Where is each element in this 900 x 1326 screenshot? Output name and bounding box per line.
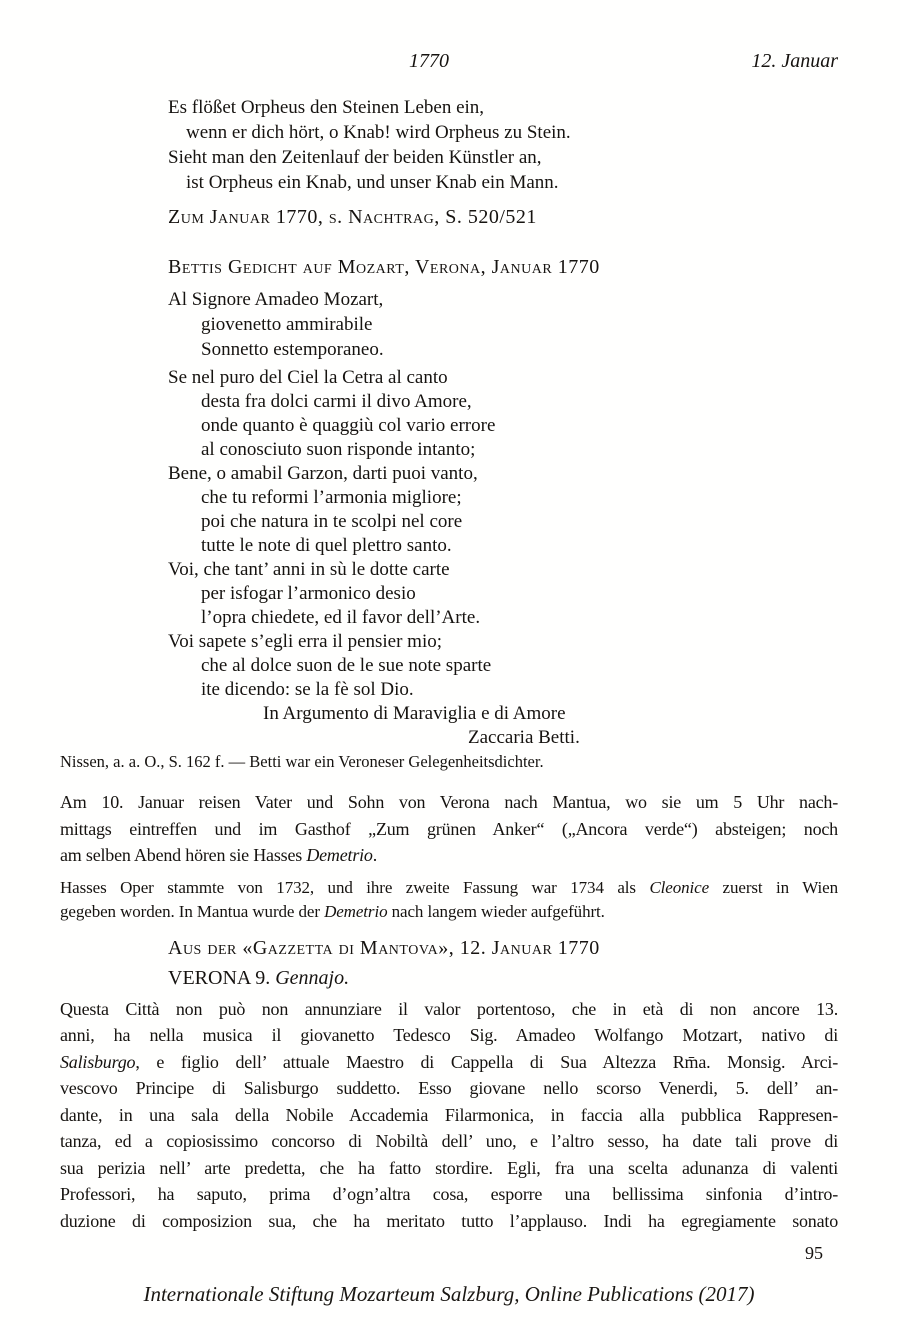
text-line: am selben Abend hören sie Hasses Demetri… xyxy=(60,842,838,869)
running-header: 1770 12. Januar xyxy=(60,48,838,74)
text-line: VERONA 9. Gennajo. xyxy=(168,965,838,991)
text-line: Hasses Oper stammte von 1732, und ihre z… xyxy=(60,876,838,900)
text-line: duzione di composizion sua, che ha merit… xyxy=(60,1208,838,1235)
text-line: Voi, che tant’ anni in sù le dotte carte xyxy=(168,558,838,582)
sonnet-dedication: Al Signore Amadeo Mozart,giovenetto ammi… xyxy=(168,287,838,362)
text-line: Al Signore Amadeo Mozart, xyxy=(168,287,838,312)
jan10-paragraph: Am 10. Januar reisen Vater und Sohn von … xyxy=(60,789,838,869)
text-line: Questa Città non può non annunziare il v… xyxy=(60,996,838,1023)
document-page: 1770 12. Januar Es flößet Orpheus den St… xyxy=(0,0,900,1326)
text-line: Es flößet Orpheus den Steinen Leben ein, xyxy=(168,95,838,120)
text-line: anni, ha nella musica il giovanetto Tede… xyxy=(60,1022,838,1049)
text-line: ite dicendo: se la fè sol Dio. xyxy=(168,678,838,702)
german-epigram-poem: Es flößet Orpheus den Steinen Leben ein,… xyxy=(168,95,838,195)
text-line: wenn er dich hört, o Knab! wird Orpheus … xyxy=(168,120,838,145)
gazzetta-body-paragraph: Questa Città non può non annunziare il v… xyxy=(60,996,838,1235)
text-line: Zaccaria Betti. xyxy=(168,726,838,750)
text-line: desta fra dolci carmi il divo Amore, xyxy=(168,390,838,414)
verona-dateline: VERONA 9. Gennajo. xyxy=(168,965,838,991)
text-line: tutte le note di quel plettro santo. xyxy=(168,534,838,558)
text-line: l’opra chiedete, ed il favor dell’Arte. xyxy=(168,606,838,630)
gazzetta-section-heading: Aus der «Gazzetta di Mantova», 12. Janua… xyxy=(168,936,838,961)
text-line: Sieht man den Zeitenlauf der beiden Küns… xyxy=(168,145,838,170)
text-line: Sonnetto estemporaneo. xyxy=(168,337,838,362)
text-line: che tu reformi l’armonia migliore; xyxy=(168,486,838,510)
text-line: Professori, ha saputo, prima d’ogn’altra… xyxy=(60,1181,838,1208)
text-line: dante, in una sala della Nobile Accademi… xyxy=(60,1102,838,1129)
text-line: giovenetto ammirabile xyxy=(168,312,838,337)
text-line: sua perizia nell’ arte predetta, che ha … xyxy=(60,1155,838,1182)
text-line: Salisburgo, e figlio dell’ attuale Maest… xyxy=(60,1049,838,1076)
text-line: Se nel puro del Ciel la Cetra al canto xyxy=(168,366,838,390)
header-date: 12. Januar xyxy=(751,48,838,74)
text-line: vescovo Principe di Salisburgo suddetto.… xyxy=(60,1075,838,1102)
text-line: Voi sapete s’egli erra il pensier mio; xyxy=(168,630,838,654)
text-line: che al dolce suon de le sue note sparte xyxy=(168,654,838,678)
nissen-footnote: Nissen, a. a. O., S. 162 f. — Betti war … xyxy=(60,751,838,773)
betti-sonnet: Se nel puro del Ciel la Cetra al cantode… xyxy=(168,366,838,750)
text-line: poi che natura in te scolpi nel core xyxy=(168,510,838,534)
text-line: al conosciuto suon risponde intanto; xyxy=(168,438,838,462)
text-line: mittags eintreffen und im Gasthof „Zum g… xyxy=(60,816,838,843)
footer-credit: Internationale Stiftung Mozarteum Salzbu… xyxy=(60,1281,838,1308)
text-line: ist Orpheus ein Knab, und unser Knab ein… xyxy=(168,170,838,195)
text-line: Am 10. Januar reisen Vater und Sohn von … xyxy=(60,789,838,816)
text-line: onde quanto è quaggiù col vario errore xyxy=(168,414,838,438)
text-line: per isfogar l’armonico desio xyxy=(168,582,838,606)
nachtrag-reference: Zum Januar 1770, s. Nachtrag, S. 520/521 xyxy=(168,205,838,230)
text-line: Bene, o amabil Garzon, darti puoi vanto, xyxy=(168,462,838,486)
hasse-opera-note: Hasses Oper stammte von 1732, und ihre z… xyxy=(60,876,838,924)
page-number: 95 xyxy=(60,1241,838,1265)
text-line: gegeben worden. In Mantua wurde der Deme… xyxy=(60,900,838,924)
header-year: 1770 xyxy=(60,48,798,74)
text-line: tanza, ed a copiosissimo concorso di Nob… xyxy=(60,1128,838,1155)
text-line: In Argumento di Maraviglia e di Amore xyxy=(168,702,838,726)
betti-section-heading: Bettis Gedicht auf Mozart, Verona, Janua… xyxy=(168,255,838,280)
